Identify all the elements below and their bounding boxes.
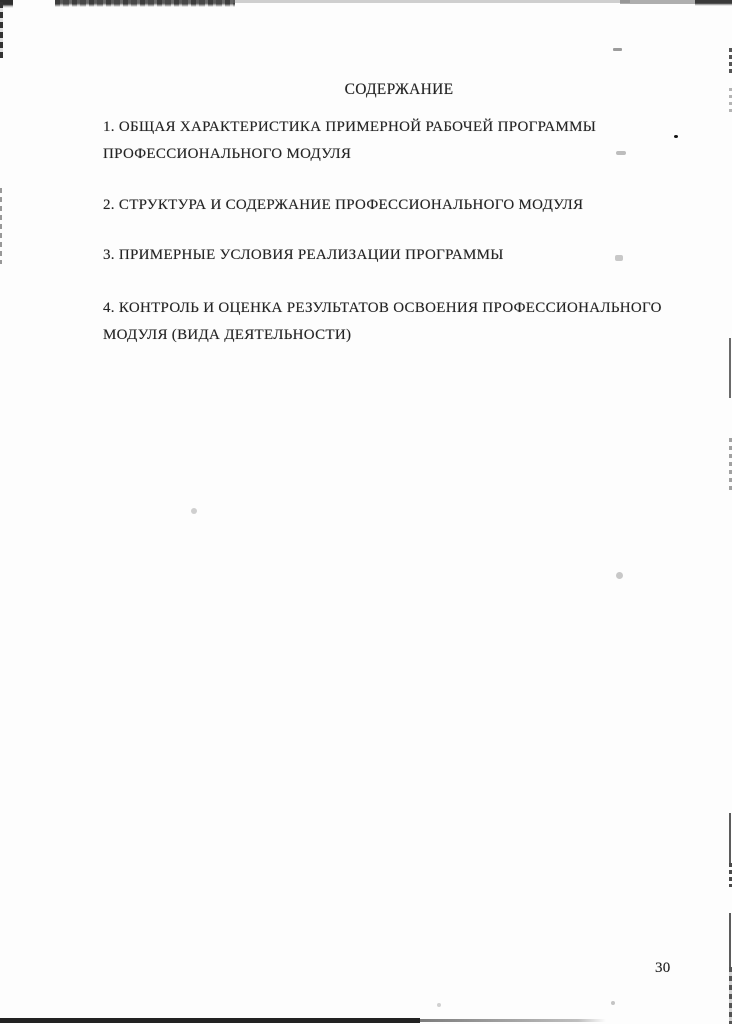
toc-item-1-line-2: ПРОФЕССИОНАЛЬНОГО МОДУЛЯ: [103, 141, 675, 168]
scan-artifact-right-edge: [729, 813, 731, 863]
toc-item-3-line-1: 3. ПРИМЕРНЫЕ УСЛОВИЯ РЕАЛИЗАЦИИ ПРОГРАММ…: [103, 242, 675, 269]
scan-artifact-right-edge: [729, 913, 731, 967]
page-number: 30: [655, 960, 671, 977]
scan-artifact-bottom-edge: [420, 1019, 606, 1022]
toc-item-1: 1. ОБЩАЯ ХАРАКТЕРИСТИКА ПРИМЕРНОЙ РАБОЧЕ…: [103, 114, 675, 168]
scan-artifact-left-edge-top: [0, 2, 3, 58]
scan-artifact-top-left-corner: [0, 0, 13, 8]
scan-speck: [613, 48, 622, 51]
scan-artifact-top-edge-line: [230, 0, 630, 3]
toc-item-4: 4. КОНТРОЛЬ И ОЦЕНКА РЕЗУЛЬТАТОВ ОСВОЕНИ…: [103, 295, 675, 349]
scan-speck: [437, 1003, 441, 1007]
toc-item-2: 2. СТРУКТУРА И СОДЕРЖАНИЕ ПРОФЕССИОНАЛЬН…: [103, 192, 675, 219]
scanned-document-page: СОДЕРЖАНИЕ 1. ОБЩАЯ ХАРАКТЕРИСТИКА ПРИМЕ…: [0, 0, 732, 1024]
scan-artifact-top-edge-right: [620, 0, 732, 4]
toc-item-4-line-2: МОДУЛЯ (ВИДА ДЕЯТЕЛЬНОСТИ): [103, 322, 675, 349]
scan-artifact-bottom-edge: [0, 1018, 420, 1023]
scan-artifact-left-edge-mid: [0, 188, 2, 264]
scan-artifact-top-right-corner: [695, 0, 732, 6]
scan-speck: [616, 572, 623, 579]
toc-item-1-line-1: 1. ОБЩАЯ ХАРАКТЕРИСТИКА ПРИМЕРНОЙ РАБОЧЕ…: [103, 114, 675, 141]
page-title: СОДЕРЖАНИЕ: [102, 81, 696, 99]
scan-speck: [611, 1001, 615, 1005]
toc-item-3: 3. ПРИМЕРНЫЕ УСЛОВИЯ РЕАЛИЗАЦИИ ПРОГРАММ…: [103, 242, 675, 269]
scan-speck: [191, 508, 197, 514]
toc-item-4-line-1: 4. КОНТРОЛЬ И ОЦЕНКА РЕЗУЛЬТАТОВ ОСВОЕНИ…: [103, 295, 675, 322]
toc-item-2-line-1: 2. СТРУКТУРА И СОДЕРЖАНИЕ ПРОФЕССИОНАЛЬН…: [103, 192, 675, 219]
scan-artifact-right-edge: [729, 338, 731, 398]
scan-artifact-top-edge-band: [55, 0, 235, 7]
